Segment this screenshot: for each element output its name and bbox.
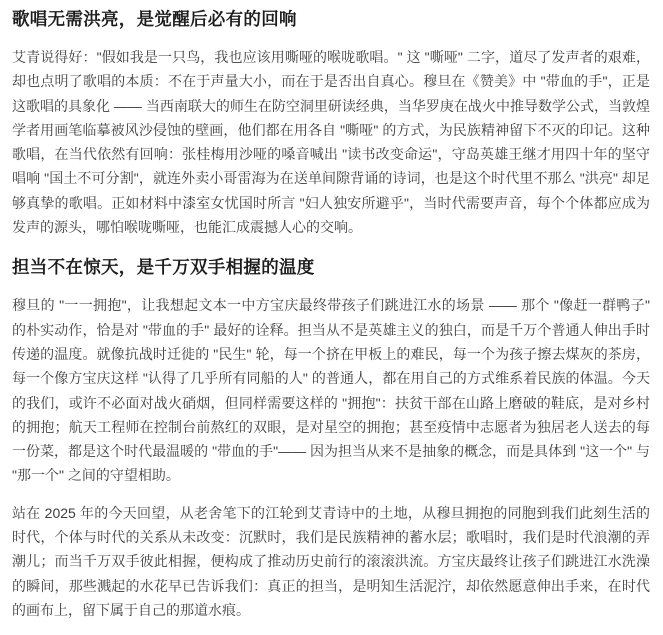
essay-document: 歌唱无需洪亮，是觉醒后必有的回响 艾青说得好："假如我是一只鸟，我也应该用嘶哑的… (0, 0, 663, 622)
section-responsibility: 担当不在惊天，是千万双手相握的温度 穆旦的 "一一拥抱"，让我想起文本一中方宝庆… (12, 256, 650, 622)
section-singing: 歌唱无需洪亮，是觉醒后必有的回响 艾青说得好："假如我是一只鸟，我也应该用嘶哑的… (12, 8, 650, 239)
section-2-paragraph-1: 穆旦的 "一一拥抱"，让我想起文本一中方宝庆最终带孩子们跳进江水的场景 —— 那… (12, 293, 650, 487)
section-2-heading: 担当不在惊天，是千万双手相握的温度 (12, 256, 650, 279)
section-1-paragraph-1: 艾青说得好："假如我是一只鸟，我也应该用嘶哑的喉咙歌唱。" 这 "嘶哑" 二字，… (12, 45, 650, 239)
section-1-heading: 歌唱无需洪亮，是觉醒后必有的回响 (12, 8, 650, 31)
section-2-paragraph-2: 站在 2025 年的今天回望，从老舍笔下的江轮到艾青诗中的土地，从穆旦拥抱的同胞… (12, 501, 650, 622)
